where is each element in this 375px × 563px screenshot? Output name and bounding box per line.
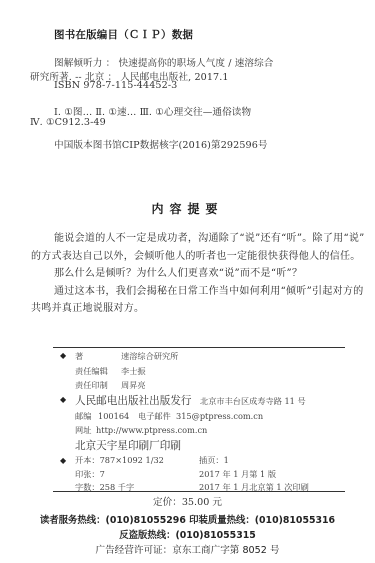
format: 开本：787×1092 1/32 — [75, 455, 164, 466]
bullet-icon: ◆ — [60, 395, 66, 404]
author-label: 著 — [75, 351, 83, 362]
editor-label: 责任编辑 — [75, 366, 108, 377]
cip-class-1: Ⅰ. ①图… Ⅱ. ①速… Ⅲ. ①心理交往—通俗读物 — [54, 104, 251, 118]
cip-class-2: Ⅳ. ①C912.3-49 — [30, 117, 106, 128]
summary-title: 内容提要 — [0, 200, 375, 217]
cip-title: 图书在版编目（ＣＩＰ）数据 — [54, 27, 193, 42]
email-value: 315@ptpress.com.cn — [176, 411, 263, 421]
postcode-label: 邮编 — [75, 411, 91, 422]
web-label: 网址 — [75, 425, 91, 436]
editor-value: 李士振 — [121, 366, 146, 377]
summary-p3-line2: 共鸣并真正地说服对方。 — [31, 299, 144, 314]
cip-isbn: ISBN 978-7-115-44452-3 — [54, 80, 177, 91]
top-divider — [53, 347, 345, 348]
hotline-anti-piracy: 反盗版热线：(010)81055315 — [0, 527, 375, 541]
summary-p2: 那么什么是倾听？为什么人们更喜欢“说”而不是“听”？ — [54, 264, 302, 279]
printer-value: 周昇亮 — [121, 380, 146, 391]
price: 定价：35.00 元 — [0, 494, 375, 508]
print-house: 北京天宇星印刷厂印刷 — [75, 438, 181, 453]
plates: 插页：1 — [199, 455, 229, 466]
summary-p1-line2: 的方式表达自己以外，会倾听他人的听者也一定能很快获得他人的信任。 — [31, 247, 361, 262]
bullet-icon: ◆ — [60, 456, 66, 465]
web-link: http://www.ptpress.com.cn — [96, 425, 207, 435]
publisher: 人民邮电出版社出版发行 — [75, 393, 192, 408]
hotline-service-quality: 读者服务热线：(010)81055296 印装质量热线：(010)8105531… — [0, 512, 375, 526]
printer-label: 责任印制 — [75, 380, 108, 391]
summary-p1-line1: 能说会道的人不一定是成功者，沟通除了“说”还有“听”。除了用“说” — [54, 229, 365, 244]
publisher-address: 北京市丰台区成寿寺路 11 号 — [200, 396, 306, 407]
summary-p3-line1: 通过这本书，我们会揭秘在日常工作当中如何利用“倾听”引起对方的 — [54, 282, 364, 297]
author-value: 速溶综合研究所 — [121, 351, 178, 362]
bottom-divider — [53, 491, 345, 492]
ad-license: 广告经营许可证：京东工商广字第 8052 号 — [0, 542, 375, 556]
sheets: 印张：7 — [75, 469, 105, 480]
edition: 2017 年 1 月第 1 版 — [199, 469, 276, 480]
postcode-value: 100164 — [98, 411, 129, 421]
email-label: 电子邮件 — [138, 411, 171, 422]
cip-line-1: 图解倾听力 ： 快速提高你的职场人气度 / 速溶综合 — [54, 55, 274, 69]
bullet-icon: ◆ — [60, 351, 66, 360]
cip-approval: 中国版本图书馆CIP数据核字(2016)第292596号 — [54, 137, 268, 151]
